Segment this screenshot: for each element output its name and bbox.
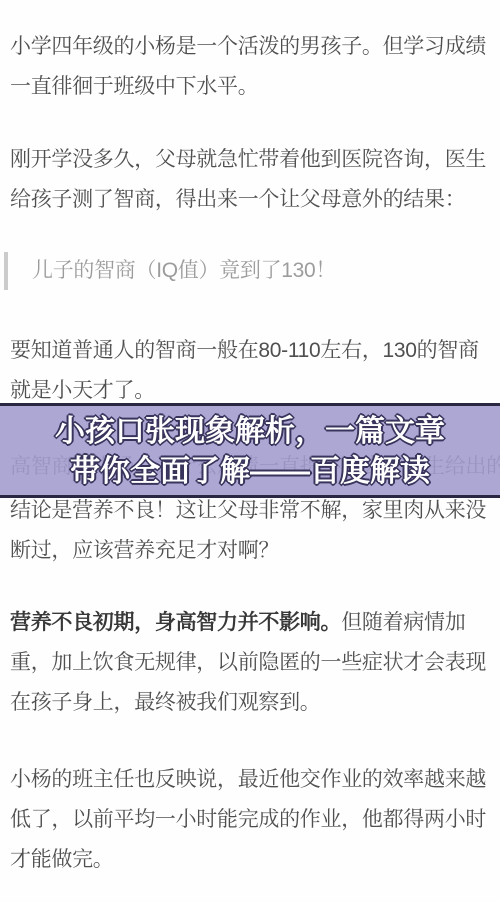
lead-rest-text: 但随着病情加 xyxy=(341,611,465,634)
paragraph-symptoms: 营养不良初期，身高智力并不影响。但随着病情加 重，加上饮食无规律，以前隐匿的一些… xyxy=(10,603,492,723)
blockquote-iq-result: 儿子的智商（IQ值）竟到了130！ xyxy=(0,250,500,292)
blockquote-text: 儿子的智商（IQ值）竟到了130！ xyxy=(32,250,336,292)
paragraph-hospital-visit: 刚开学没多久，父母就急忙带着他到医院咨询，医生 给孩子测了智商，得出来一个让父母… xyxy=(10,140,492,220)
text-line: 低了，以前平均一小时能完成的作业，他都得两小时 xyxy=(10,800,492,840)
paragraph-iq-explain: 要知道普通人的智商一般在80-110左右，130的智商 就是小天才了。 xyxy=(10,331,492,411)
text-line: 小杨的班主任也反映说，最近他交作业的效率越来越 xyxy=(10,760,492,800)
text-line: 重，加上饮食无规律，以前隐匿的一些症状才会表现 xyxy=(10,643,492,683)
title-watermark-banner: 小孩口张现象解析，一篇文章 带你全面了解——百度解读 xyxy=(0,403,500,498)
text-line: 断过，应该营养充足才对啊？ xyxy=(10,531,492,571)
text-line: 才能做完。 xyxy=(10,840,492,880)
text-line: 营养不良初期，身高智力并不影响。但随着病情加 xyxy=(10,603,492,643)
paragraph-malnutrition-result: 结论是营养不良！这让父母非常不解，家里肉从来没 断过，应该营养充足才对啊？ xyxy=(10,491,492,571)
paragraph-teacher-feedback: 小杨的班主任也反映说，最近他交作业的效率越来越 低了，以前平均一小时能完成的作业… xyxy=(10,760,492,880)
banner-title-line-1: 小孩口张现象解析，一篇文章 xyxy=(0,412,500,452)
bold-lead-text: 营养不良初期，身高智力并不影响。 xyxy=(10,611,341,634)
banner-title-line-2: 带你全面了解——百度解读 xyxy=(0,452,500,492)
text-line: 一直徘徊于班级中下水平。 xyxy=(10,67,492,107)
text-line: 在孩子身上，最终被我们观察到。 xyxy=(10,683,492,723)
text-line: 小学四年级的小杨是一个活泼的男孩子。但学习成绩 xyxy=(10,27,492,67)
text-line: 要知道普通人的智商一般在80-110左右，130的智商 xyxy=(10,331,492,371)
text-line: 刚开学没多久，父母就急忙带着他到医院咨询，医生 xyxy=(10,140,492,180)
blockquote-bar xyxy=(4,252,8,290)
paragraph-intro: 小学四年级的小杨是一个活泼的男孩子。但学习成绩 一直徘徊于班级中下水平。 xyxy=(10,27,492,107)
text-line: 给孩子测了智商，得出来一个让父母意外的结果： xyxy=(10,180,492,220)
article-page: 小学四年级的小杨是一个活泼的男孩子。但学习成绩 一直徘徊于班级中下水平。 刚开学… xyxy=(0,0,500,902)
